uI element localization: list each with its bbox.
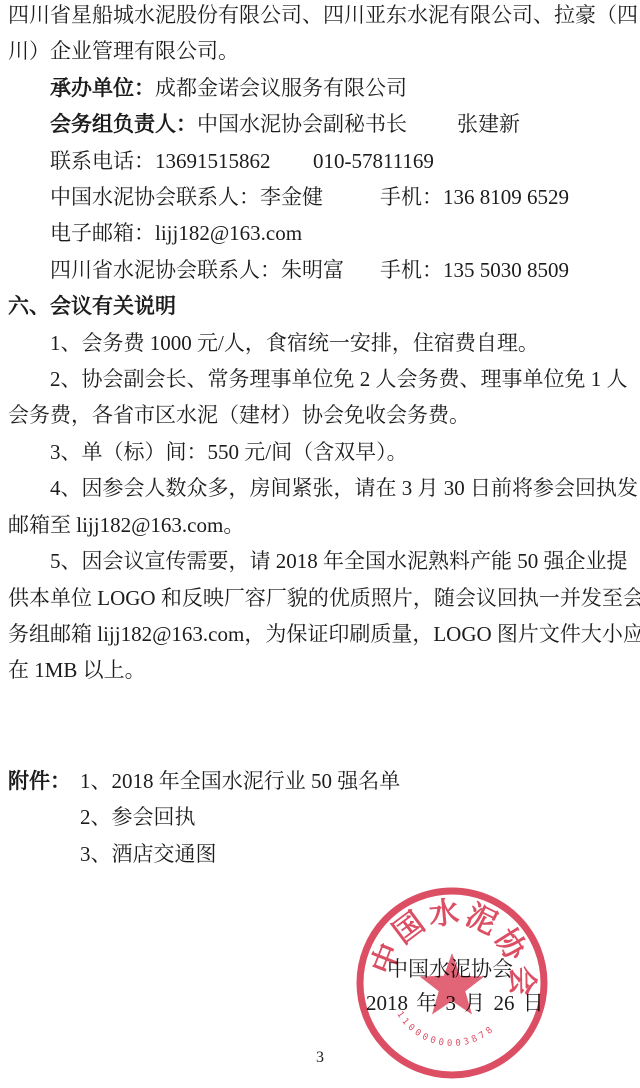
leader-value: 中国水泥协会副秘书长 [197,112,407,136]
sc-label: 四川省水泥协会联系人： [50,258,281,282]
host-label: 承办单位： [50,76,155,100]
leader-name: 张建新 [457,106,520,142]
intro-line: 四川省星船城水泥股份有限公司、四川亚东水泥有限公司、拉豪（四 [8,0,632,33]
document-page: 四川省星船城水泥股份有限公司、四川亚东水泥有限公司、拉豪（四 川）企业管理有限公… [0,0,640,1088]
section-item-4-line-1: 4、因参会人数众多，房间紧张，请在 3 月 30 日前将参会回执发 [8,470,632,506]
phone-number-1: 13691515862 [155,149,271,173]
seal-serial-number: 1100000003878 [394,1010,497,1049]
contact-cca: 中国水泥协会联系人：李金健 手机：136 8109 6529 [8,179,632,215]
section-item-2-line-1: 2、协会副会长、常务理事单位免 2 人会务费、理事单位免 1 人 [8,361,632,397]
host-value: 成都金诺会议服务有限公司 [155,76,407,100]
section-item-3: 3、单（标）间：550 元/间（含双早）。 [8,434,632,470]
phones-label: 联系电话： [50,149,155,173]
attachment-item-1: 1、2018 年全国水泥行业 50 强名单 [80,769,400,793]
attachments-row-1: 附件：1、2018 年全国水泥行业 50 强名单 [8,763,632,799]
cca-mobile-label: 手机： [380,185,443,209]
sc-name: 朱明富 [281,258,344,282]
section-item-5-line-1: 5、因会议宣传需要，请 2018 年全国水泥熟料产能 50 强企业提 [8,543,632,579]
email-value: lijj182@163.com [155,221,302,245]
cca-mobile-number: 136 8109 6529 [443,185,569,209]
cca-label: 中国水泥协会联系人： [50,185,260,209]
contact-leader: 会务组负责人：中国水泥协会副秘书长 张建新 [8,106,632,142]
section-heading: 六、会议有关说明 [8,288,632,324]
section-item-4-line-2: 邮箱至 lijj182@163.com。 [8,507,632,543]
section-item-1: 1、会务费 1000 元/人，食宿统一安排，住宿费自理。 [8,325,632,361]
cca-name: 李金健 [260,185,323,209]
attachment-item-3: 3、酒店交通图 [8,836,632,872]
section-item-5-line-4: 在 1MB 以上。 [8,652,632,688]
attachments-block: 附件：1、2018 年全国水泥行业 50 强名单 2、参会回执 3、酒店交通图 [8,763,632,872]
contact-host: 承办单位：成都金诺会议服务有限公司 [8,70,632,106]
intro-paragraph: 四川省星船城水泥股份有限公司、四川亚东水泥有限公司、拉豪（四 川）企业管理有限公… [8,0,632,70]
contact-phones: 联系电话：13691515862 010-57811169 [8,143,632,179]
section-item-2-line-2: 会务费，各省市区水泥（建材）协会免收会务费。 [8,397,632,433]
section-item-5-line-3: 务组邮箱 lijj182@163.com，为保证印刷质量，LOGO 图片文件大小… [8,616,632,652]
attachments-label: 附件： [8,763,80,799]
email-label: 电子邮箱： [50,221,155,245]
section-item-5-line-2: 供本单位 LOGO 和反映厂容厂貌的优质照片，随会议回执一并发至会 [8,580,632,616]
phone-number-2: 010-57811169 [313,143,434,179]
svg-text:1100000003878: 1100000003878 [394,1010,497,1049]
sc-mobile-number: 135 5030 8509 [443,258,569,282]
contact-email: 电子邮箱：lijj182@163.com [8,215,632,251]
sc-mobile-label: 手机： [380,258,443,282]
attachment-item-2: 2、参会回执 [8,799,632,835]
cca-mobile: 手机：136 8109 6529 [380,179,569,215]
official-seal: 中国水泥协会 1100000003878 [352,883,552,1083]
leader-label: 会务组负责人： [50,112,197,136]
sc-mobile: 手机：135 5030 8509 [380,252,569,288]
intro-line: 川）企业管理有限公司。 [8,33,632,69]
star-icon [420,953,485,1015]
contact-sc: 四川省水泥协会联系人：朱明富 手机：135 5030 8509 [8,252,632,288]
